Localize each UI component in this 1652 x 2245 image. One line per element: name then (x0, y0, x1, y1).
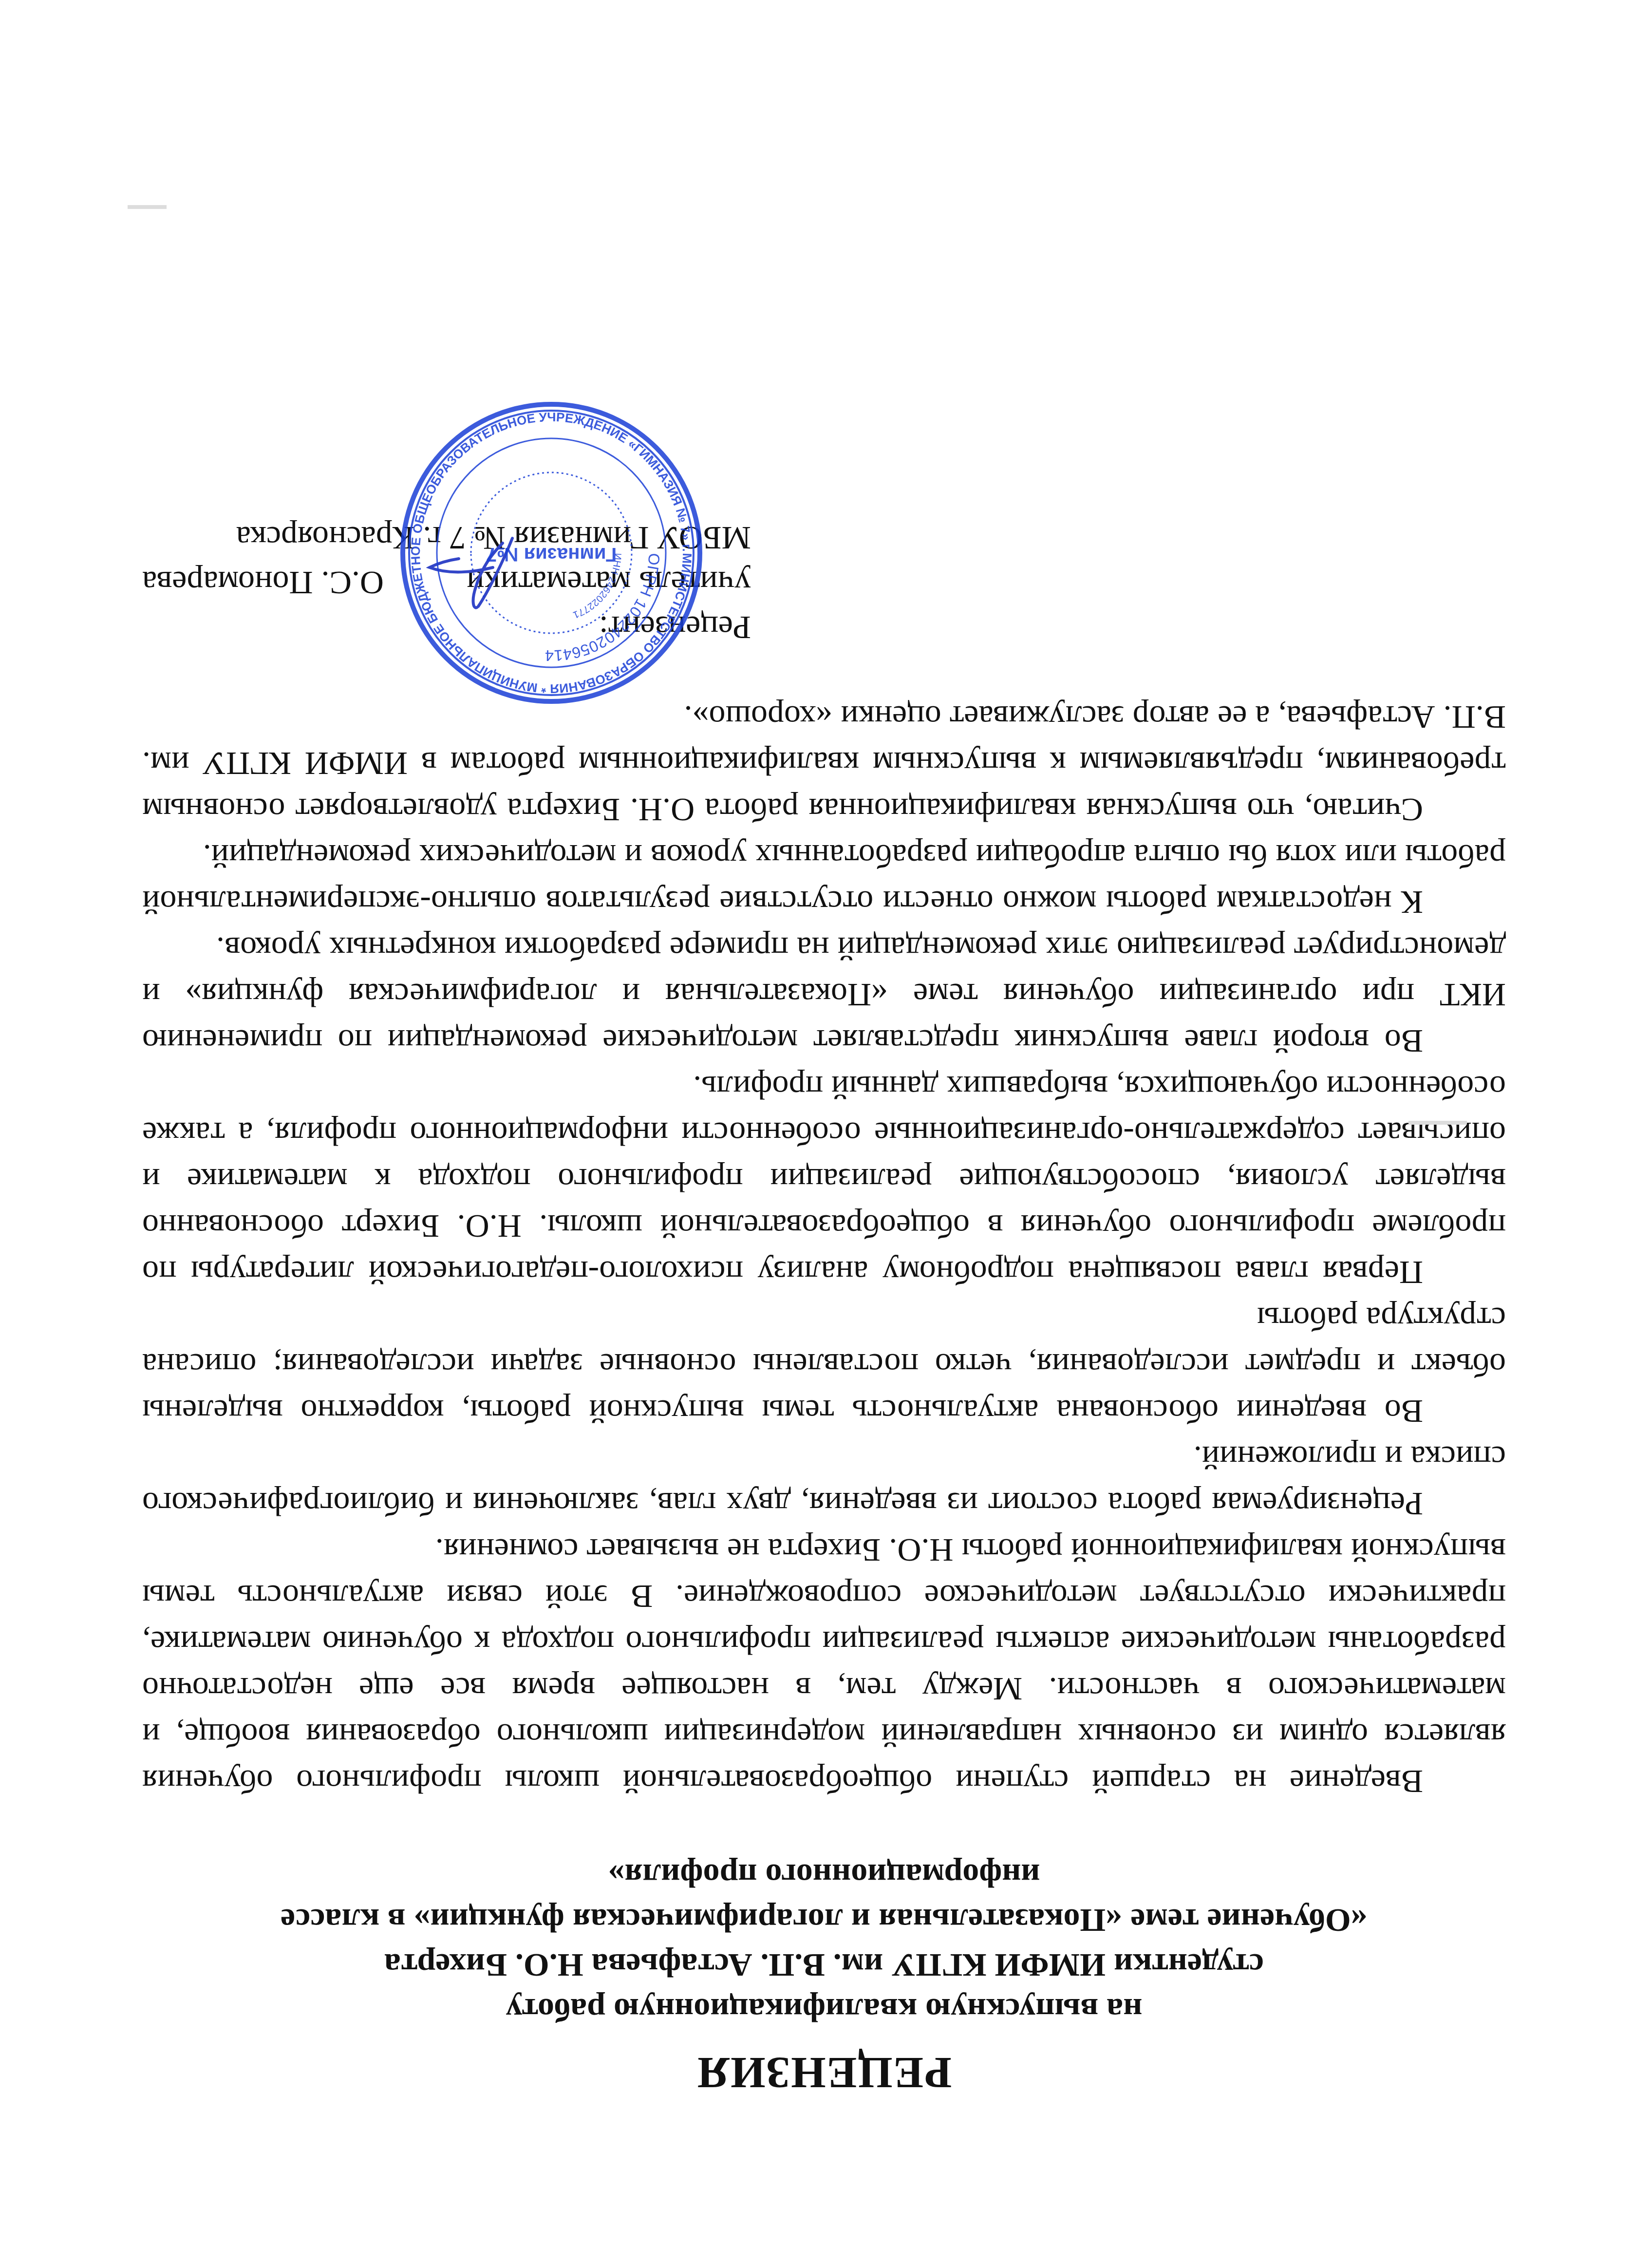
subtitle-line: информационного профиля» (142, 1853, 1506, 1898)
document-content: РЕЦЕНЗИЯ на выпускную квалификационную р… (142, 504, 1506, 2099)
document-subtitle: на выпускную квалификационную работу сту… (142, 1853, 1506, 2033)
paragraph-conclusion: Считаю, что выпускная квалификационная р… (142, 694, 1506, 833)
paragraph-introduction: Введение на старшей ступени общеобразова… (142, 1527, 1506, 1805)
document-page: РЕЦЕНЗИЯ на выпускную квалификационную р… (0, 0, 1652, 2245)
paragraph-structure: Рецензируемая работа состоит из введения… (142, 1434, 1506, 1527)
stamp-center-text: Гимназия №7 (486, 544, 617, 565)
scan-artifact (128, 205, 167, 209)
subtitle-line: студентки ИМФИ КГПУ им. В.П. Астафьева Н… (142, 1943, 1506, 1988)
reviewer-name: О.С. Пономарева (142, 561, 384, 605)
subtitle-line: «Обучение теме «Показательная и логарифм… (142, 1898, 1506, 1943)
scan-artifact (1408, 1121, 1467, 1125)
official-stamp-icon: МИНИСТЕРСТВО ОБРАЗОВАНИЯ * МУНИЦИПАЛЬНОЕ… (395, 397, 707, 709)
reviewer-block: Рецензент: учитель математики МБОУ Гимна… (142, 504, 1506, 650)
document-body: Введение на старшей ступени общеобразова… (142, 694, 1506, 1805)
paragraph-intro-review: Во введении обоснована актуальность темы… (142, 1296, 1506, 1434)
document-title: РЕЦЕНЗИЯ (142, 2047, 1506, 2099)
paragraph-shortcomings: К недостаткам работы можно отнести отсут… (142, 833, 1506, 925)
subtitle-line: на выпускную квалификационную работу (142, 1988, 1506, 2033)
paragraph-chapter-two: Во второй главе выпускник представляет м… (142, 925, 1506, 1064)
paragraph-chapter-one: Первая глава посвящена подробному анализ… (142, 1064, 1506, 1296)
